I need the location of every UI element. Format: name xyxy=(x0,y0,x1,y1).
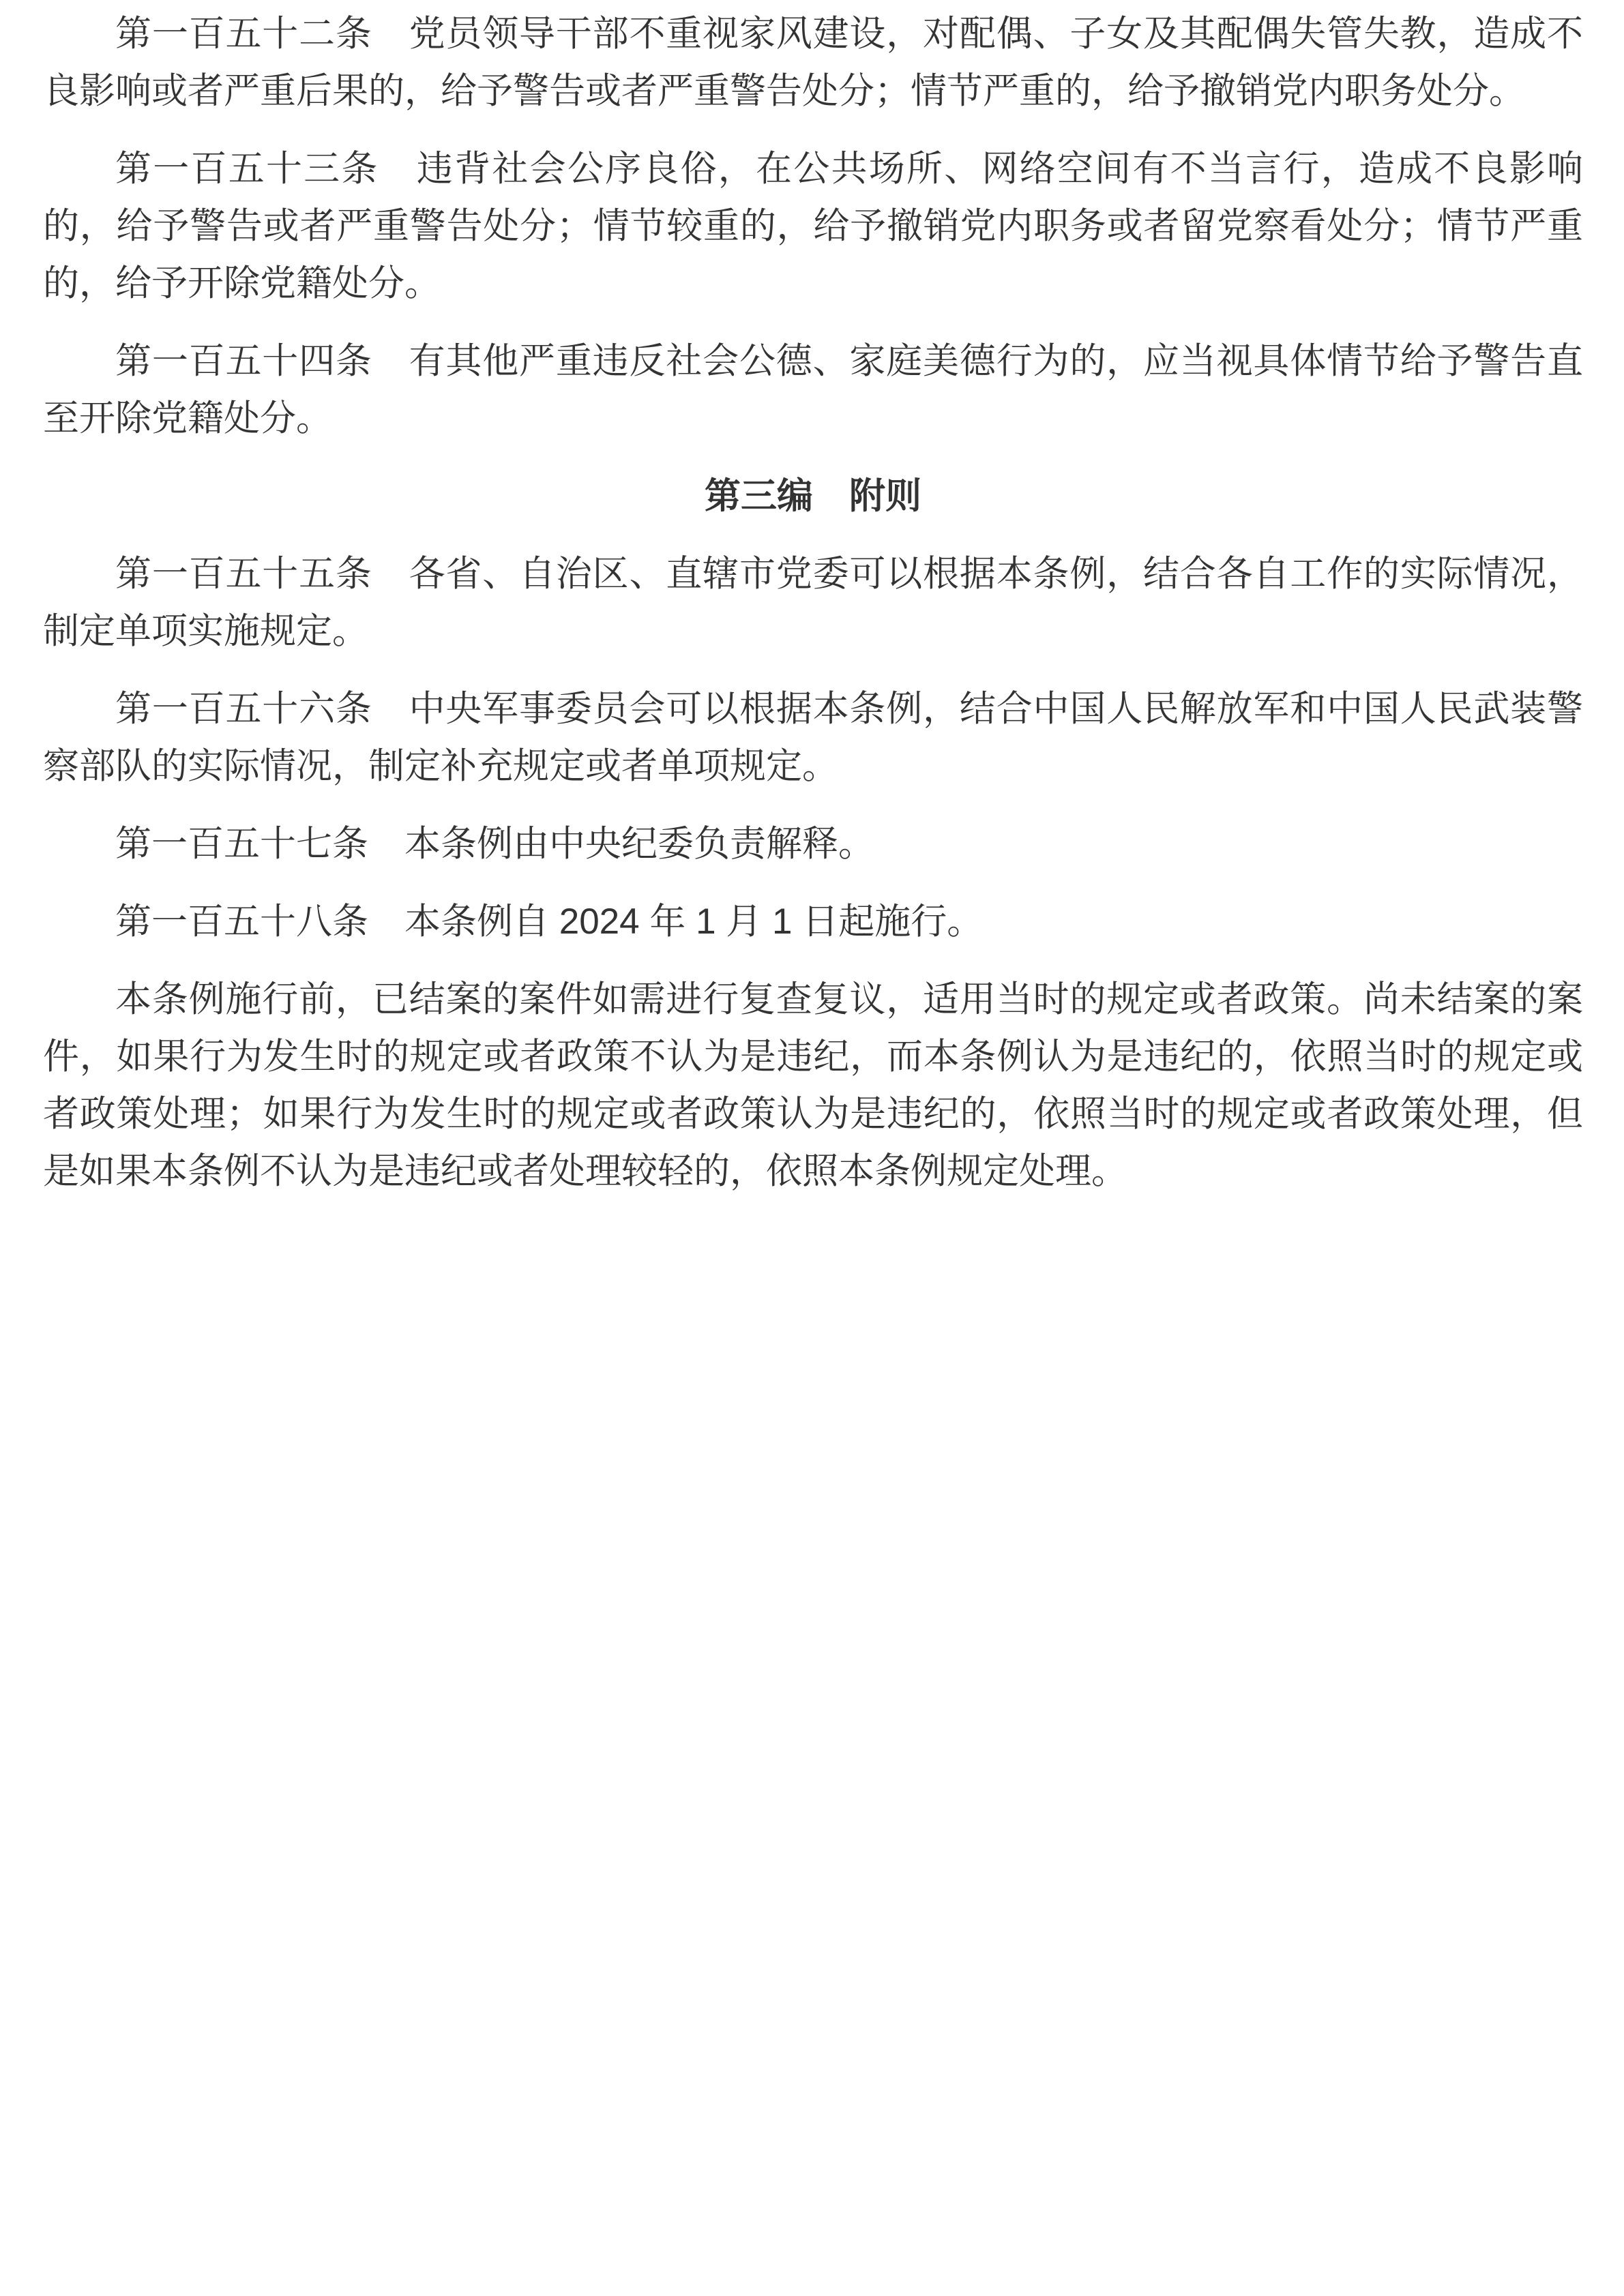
paragraph-article-154: 第一百五十四条 有其他严重违反社会公德、家庭美德行为的，应当视具体情节给予警告直… xyxy=(43,333,1583,447)
paragraph-article-153: 第一百五十三条 违背社会公序良俗，在公共场所、网络空间有不当言行，造成不良影响的… xyxy=(43,140,1583,312)
paragraph-transitional-provision: 本条例施行前，已结案的案件如需进行复查复议，适用当时的规定或者政策。尚未结案的案… xyxy=(43,971,1583,1200)
paragraph-article-157: 第一百五十七条 本条例由中央纪委负责解释。 xyxy=(43,816,1583,873)
paragraph-article-156: 第一百五十六条 中央军事委员会可以根据本条例，结合中国人民解放军和中国人民武装警… xyxy=(43,681,1583,795)
paragraph-article-152: 第一百五十二条 党员领导干部不重视家风建设，对配偶、子女及其配偶失管失教，造成不… xyxy=(43,5,1583,120)
document-page: 第一百五十二条 党员领导干部不重视家风建设，对配偶、子女及其配偶失管失教，造成不… xyxy=(0,0,1624,2296)
paragraph-article-155: 第一百五十五条 各省、自治区、直辖市党委可以根据本条例，结合各自工作的实际情况，… xyxy=(43,546,1583,660)
paragraph-article-158: 第一百五十八条 本条例自 2024 年 1 月 1 日起施行。 xyxy=(43,893,1583,951)
part-three-heading: 第三编 附则 xyxy=(43,468,1583,525)
